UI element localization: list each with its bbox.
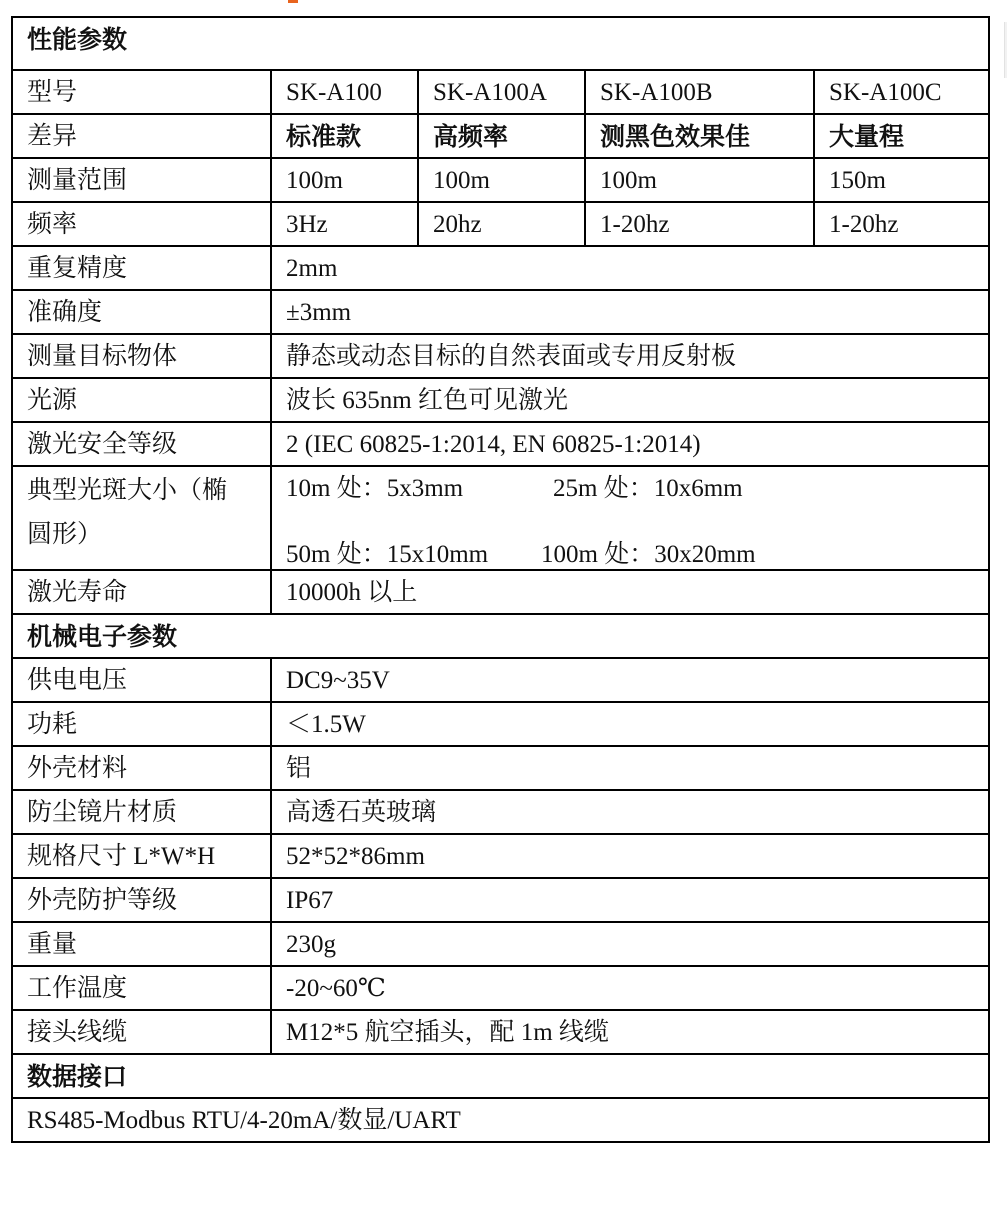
table-row-range: 测量范围 100m 100m 100m 150m [12, 158, 989, 202]
table-row-accuracy: 准确度 ±3mm [12, 290, 989, 334]
section-title: 性能参数 [12, 17, 989, 70]
table-row-laser-life: 激光寿命 10000h 以上 [12, 570, 989, 614]
range-cell: 100m [418, 158, 585, 202]
row-value: IP67 [271, 878, 989, 922]
section-title: 机械电子参数 [12, 614, 989, 658]
row-value: 2mm [271, 246, 989, 290]
row-value: 波长 635nm 红色可见激光 [271, 378, 989, 422]
difference-cell: 测黑色效果佳 [585, 114, 814, 158]
frequency-cell: 3Hz [271, 202, 418, 246]
row-value: 10000h 以上 [271, 570, 989, 614]
model-cell: SK-A100 [271, 70, 418, 114]
table-row-supply-voltage: 供电电压 DC9~35V [12, 658, 989, 702]
row-value: 10m 处：5x3mm 25m 处：10x6mm 50m 处：15x10mm 1… [271, 466, 989, 570]
row-value: -20~60℃ [271, 966, 989, 1010]
row-label: 供电电压 [12, 658, 271, 702]
row-label: 激光寿命 [12, 570, 271, 614]
row-value: M12*5 航空插头，配 1m 线缆 [271, 1010, 989, 1054]
row-label: 工作温度 [12, 966, 271, 1010]
row-label: 重复精度 [12, 246, 271, 290]
table-row-temperature: 工作温度 -20~60℃ [12, 966, 989, 1010]
frequency-cell: 20hz [418, 202, 585, 246]
table-row-repeatability: 重复精度 2mm [12, 246, 989, 290]
row-label: 光源 [12, 378, 271, 422]
row-label: 测量范围 [12, 158, 271, 202]
table-row-lens-material: 防尘镜片材质 高透石英玻璃 [12, 790, 989, 834]
row-label: 差异 [12, 114, 271, 158]
range-cell: 100m [271, 158, 418, 202]
table-row-housing-material: 外壳材料 铝 [12, 746, 989, 790]
row-label: 防尘镜片材质 [12, 790, 271, 834]
model-cell: SK-A100C [814, 70, 989, 114]
row-value: ＜1.5W [271, 702, 989, 746]
row-value: 52*52*86mm [271, 834, 989, 878]
heading-fragment-accent [288, 0, 298, 3]
row-label: 型号 [12, 70, 271, 114]
row-label: 规格尺寸 L*W*H [12, 834, 271, 878]
row-value: DC9~35V [271, 658, 989, 702]
row-label: 接头线缆 [12, 1010, 271, 1054]
spot-size-line: 10m 处：5x3mm 25m 处：10x6mm [286, 467, 988, 503]
row-value: 铝 [271, 746, 989, 790]
table-row-laser-safety: 激光安全等级 2 (IEC 60825-1:2014, EN 60825-1:2… [12, 422, 989, 466]
table-row-interface: RS485-Modbus RTU/4-20mA/数显/UART [12, 1098, 989, 1142]
table-row-power: 功耗 ＜1.5W [12, 702, 989, 746]
row-label: 典型光斑大小（椭 圆形） [12, 466, 271, 570]
row-label: 外壳材料 [12, 746, 271, 790]
row-value: 高透石英玻璃 [271, 790, 989, 834]
section-header-interface: 数据接口 [12, 1054, 989, 1098]
row-label: 频率 [12, 202, 271, 246]
difference-cell: 大量程 [814, 114, 989, 158]
frequency-cell: 1-20hz [585, 202, 814, 246]
row-value: 静态或动态目标的自然表面或专用反射板 [271, 334, 989, 378]
row-value: 230g [271, 922, 989, 966]
table-row-target: 测量目标物体 静态或动态目标的自然表面或专用反射板 [12, 334, 989, 378]
table-row-weight: 重量 230g [12, 922, 989, 966]
section-header-mechanical: 机械电子参数 [12, 614, 989, 658]
difference-cell: 标准款 [271, 114, 418, 158]
table-row-frequency: 频率 3Hz 20hz 1-20hz 1-20hz [12, 202, 989, 246]
table-row-light-source: 光源 波长 635nm 红色可见激光 [12, 378, 989, 422]
table-row-connector: 接头线缆 M12*5 航空插头，配 1m 线缆 [12, 1010, 989, 1054]
section-header-performance: 性能参数 [12, 17, 989, 70]
table-row-spot-size: 典型光斑大小（椭 圆形） 10m 处：5x3mm 25m 处：10x6mm 50… [12, 466, 989, 570]
frequency-cell: 1-20hz [814, 202, 989, 246]
row-label: 功耗 [12, 702, 271, 746]
row-label: 测量目标物体 [12, 334, 271, 378]
row-label: 激光安全等级 [12, 422, 271, 466]
row-value: 2 (IEC 60825-1:2014, EN 60825-1:2014) [271, 422, 989, 466]
spot-size-line: 50m 处：15x10mm 100m 处：30x20mm [286, 503, 988, 569]
difference-cell: 高频率 [418, 114, 585, 158]
section-title: 数据接口 [12, 1054, 989, 1098]
row-label: 重量 [12, 922, 271, 966]
spec-table: 性能参数 型号 SK-A100 SK-A100A SK-A100B SK-A10… [11, 16, 990, 1143]
row-value: ±3mm [271, 290, 989, 334]
table-row-dimensions: 规格尺寸 L*W*H 52*52*86mm [12, 834, 989, 878]
row-value: RS485-Modbus RTU/4-20mA/数显/UART [12, 1098, 989, 1142]
model-cell: SK-A100B [585, 70, 814, 114]
range-cell: 100m [585, 158, 814, 202]
table-row-difference: 差异 标准款 高频率 测黑色效果佳 大量程 [12, 114, 989, 158]
range-cell: 150m [814, 158, 989, 202]
row-label: 准确度 [12, 290, 271, 334]
row-label: 外壳防护等级 [12, 878, 271, 922]
table-row-ip-rating: 外壳防护等级 IP67 [12, 878, 989, 922]
table-row-model: 型号 SK-A100 SK-A100A SK-A100B SK-A100C [12, 70, 989, 114]
model-cell: SK-A100A [418, 70, 585, 114]
